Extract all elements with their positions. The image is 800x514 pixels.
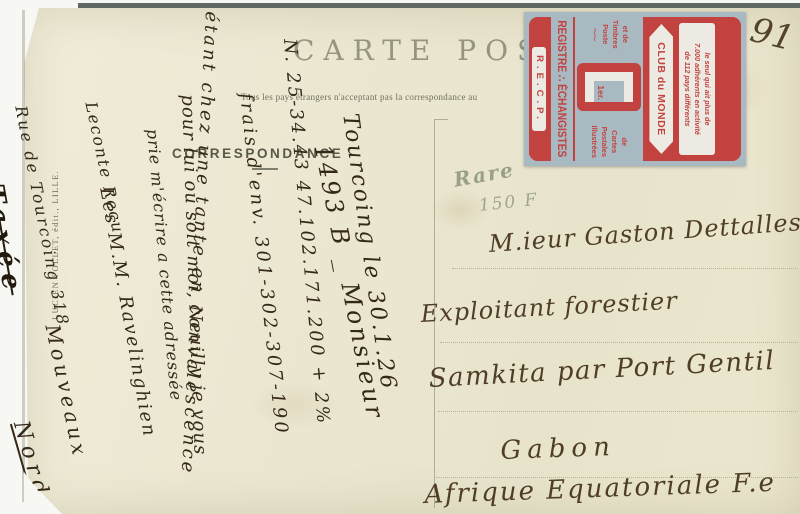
- club-du-monde-text: CLUB du MONDE: [655, 42, 667, 135]
- address-ruled-line: [438, 410, 798, 412]
- stamp-rotated-design: le seul qui ait plus de 7.000 adhérents …: [524, 12, 746, 166]
- stamp-banner-row: CLUB du MONDE: [647, 17, 675, 161]
- stamp-fine-print-line: le seul qui ait plus de: [702, 28, 712, 150]
- club-c-emblem: 1er.: [577, 63, 641, 111]
- stamp-solid-red-block: [717, 17, 741, 161]
- stamp-registre-title: REGISTRE ∴ ÉCHANGISTES: [551, 17, 573, 161]
- stamp-recp-row: R.E.C.P.: [529, 17, 549, 161]
- address-ruled-line: [452, 267, 798, 269]
- stamp-middle-block: et de Timbres Poste 〜〜 1er. de Cartes Po…: [575, 17, 643, 161]
- stamp-fine-print-line: 7.000 adhérents en activité: [692, 28, 702, 150]
- postal-disclaimer-text: Tous les pays étrangers n'acceptant pas …: [241, 92, 477, 102]
- recp-text: R.E.C.P.: [532, 47, 546, 131]
- club-du-monde-arrow-banner: CLUB du MONDE: [649, 24, 673, 154]
- emblem-1er-text: 1er.: [596, 85, 606, 100]
- big-c-icon: 1er.: [585, 72, 633, 102]
- exchange-club-stamp-label: le seul qui ait plus de 7.000 adhérents …: [524, 12, 746, 166]
- stamp-cartes-column: de Cartes Postales Illustrées: [590, 126, 629, 158]
- address-divider-tick: [434, 119, 448, 120]
- stamp-timbres-column: et de Timbres Poste 〜〜: [589, 20, 630, 49]
- stamp-fine-print-box: le seul qui ait plus de 7.000 adhérents …: [679, 23, 715, 155]
- recipient-country-line: Gabon: [500, 432, 616, 466]
- squiggle-icon: 〜〜: [589, 28, 600, 41]
- stamp-fine-print-line: de 112 pays différents: [682, 28, 692, 150]
- carte-postale-heading: CARTE POS: [293, 34, 545, 67]
- address-ruled-line: [440, 341, 798, 343]
